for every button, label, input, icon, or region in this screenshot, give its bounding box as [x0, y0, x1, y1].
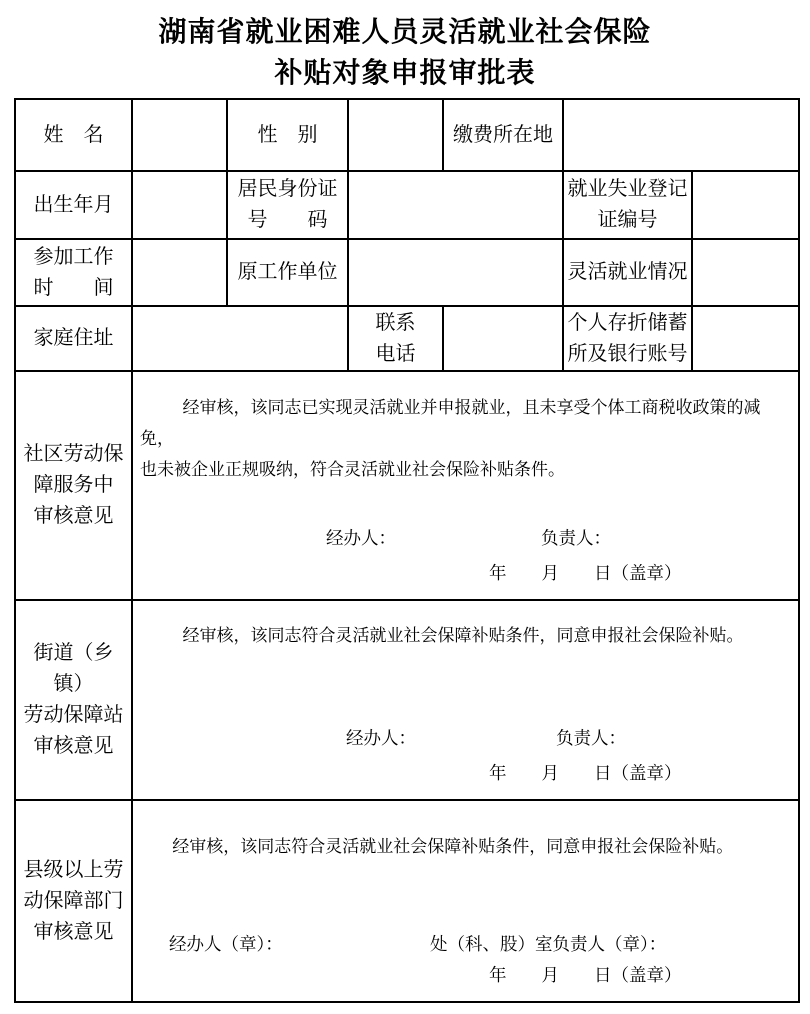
community-date-seal-line: 年 月 日（盖章）: [489, 558, 682, 589]
street-responsible-label: 负责人：: [556, 723, 626, 754]
county-handler-seal-label: 经办人（章）：: [169, 929, 283, 960]
field-label-bank-account: 个人存折储蓄 所及银行账号: [564, 307, 693, 372]
field-value-work-start-time: [133, 240, 228, 307]
application-form-table: 姓 名 性 别 缴费所在地 出生年月 居民身份证 号 码 就业失业登记 证编号 …: [14, 98, 800, 1003]
field-label-former-employer: 原工作单位: [228, 240, 349, 307]
field-label-home-address: 家庭住址: [16, 307, 133, 372]
county-date-seal-line: 年 月 日（盖章）: [489, 960, 682, 991]
field-label-flexible-employment-status: 灵活就业情况: [564, 240, 693, 307]
street-signature-row: 经办人： 负责人：: [133, 723, 798, 747]
field-value-employment-cert-no: [693, 172, 798, 240]
section-body-county: 经审核，该同志符合灵活就业社会保障补贴条件，同意申报社会保险补贴。 经办人（章）…: [133, 801, 798, 1001]
field-value-gender: [349, 100, 444, 172]
section-header-county: 县级以上劳 动保障部门 审核意见: [16, 801, 133, 1001]
field-label-birth-date: 出生年月: [16, 172, 133, 240]
field-value-phone: [444, 307, 564, 372]
community-responsible-label: 负责人：: [541, 523, 611, 554]
county-office-responsible-seal-label: 处（科、股）室负责人（章）：: [430, 929, 666, 960]
community-signature-row: 经办人： 负责人：: [133, 523, 798, 547]
county-review-statement: 经审核，该同志符合灵活就业社会保障补贴条件，同意申报社会保险补贴。: [140, 831, 788, 862]
form-title-line1: 湖南省就业困难人员灵活就业社会保险: [158, 17, 651, 48]
community-handler-label: 经办人：: [326, 523, 396, 554]
field-value-former-employer: [349, 240, 564, 307]
form-title: 湖南省就业困难人员灵活就业社会保险 补贴对象申报审批表: [0, 12, 810, 94]
field-value-bank-account: [693, 307, 798, 372]
form-title-line2: 补贴对象申报审批表: [274, 58, 535, 89]
field-value-birth-date: [133, 172, 228, 240]
field-value-name: [133, 100, 228, 172]
section-body-community: 经审核，该同志已实现灵活就业并申报就业，且未享受个体工商税收政策的减免， 也未被…: [133, 372, 798, 601]
field-label-id-number: 居民身份证 号 码: [228, 172, 349, 240]
community-review-statement: 经审核，该同志已实现灵活就业并申报就业，且未享受个体工商税收政策的减免， 也未被…: [140, 392, 788, 485]
field-value-id-number: [349, 172, 564, 240]
county-signature-row: 经办人（章）： 处（科、股）室负责人（章）：: [133, 929, 798, 953]
street-review-statement: 经审核，该同志符合灵活就业社会保障补贴条件，同意申报社会保险补贴。: [140, 620, 788, 651]
field-label-phone: 联系 电话: [349, 307, 444, 372]
section-header-street: 街道（乡镇） 劳动保障站 审核意见: [16, 601, 133, 801]
field-label-gender: 性 别: [228, 100, 349, 172]
field-value-flexible-employment-status: [693, 240, 798, 307]
field-label-work-start-time: 参加工作 时 间: [16, 240, 133, 307]
section-header-community: 社区劳动保 障服务中 审核意见: [16, 372, 133, 601]
field-value-payment-location: [564, 100, 798, 172]
section-body-street: 经审核，该同志符合灵活就业社会保障补贴条件，同意申报社会保险补贴。 经办人： 负…: [133, 601, 798, 801]
field-value-home-address: [133, 307, 349, 372]
field-label-payment-location: 缴费所在地: [444, 100, 564, 172]
street-date-seal-line: 年 月 日（盖章）: [489, 758, 682, 789]
field-label-employment-cert-no: 就业失业登记 证编号: [564, 172, 693, 240]
field-label-name: 姓 名: [16, 100, 133, 172]
street-handler-label: 经办人：: [346, 723, 416, 754]
